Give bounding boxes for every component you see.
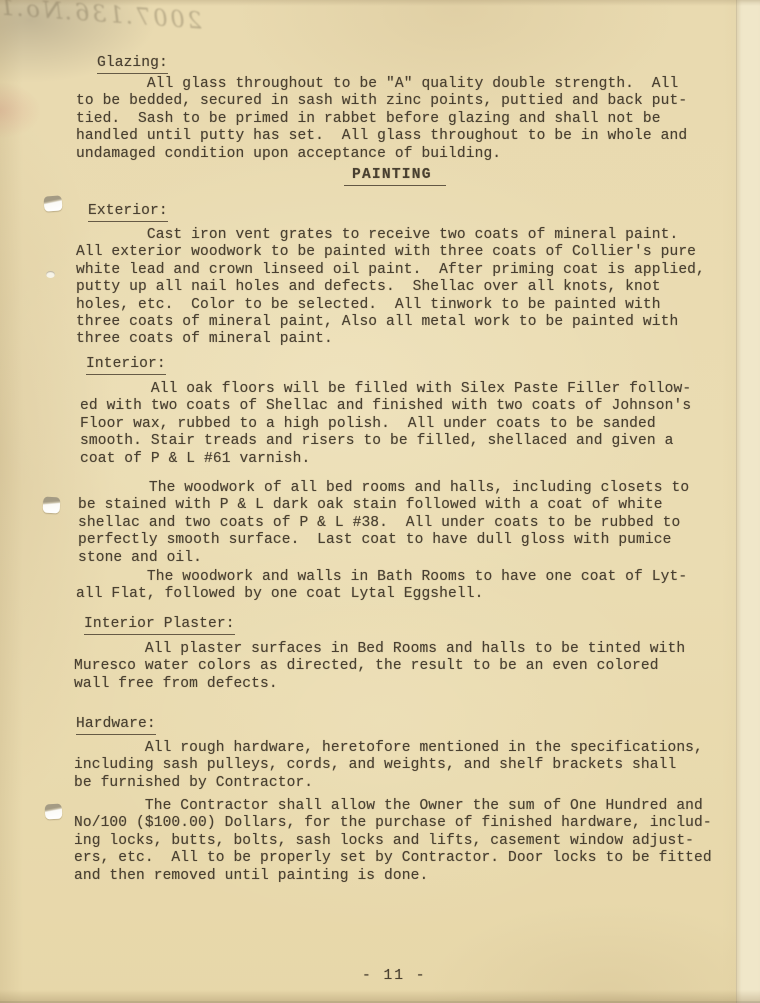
page-number: - 11 - bbox=[362, 968, 427, 985]
exterior-paragraph: Cast iron vent grates to receive two coa… bbox=[76, 227, 705, 349]
page-edge-right bbox=[736, 0, 760, 1003]
section-heading-exterior: Exterior: bbox=[88, 203, 168, 222]
document-page: 2007.136.No.1 Glazing: All glass through… bbox=[0, 0, 760, 1003]
section-heading-interior-plaster: Interior Plaster: bbox=[84, 616, 235, 635]
punch-hole-top bbox=[43, 195, 62, 211]
section-heading-hardware: Hardware: bbox=[76, 716, 156, 735]
interior-paragraph-bathrooms: The woodwork and walls in Bath Rooms to … bbox=[76, 569, 687, 604]
glazing-paragraph: All glass throughout to be "A" quality d… bbox=[76, 76, 687, 163]
section-heading-interior: Interior: bbox=[86, 356, 166, 375]
interior-paragraph-woodwork: The woodwork of all bed rooms and halls,… bbox=[78, 480, 689, 567]
hardware-paragraph-rough: All rough hardware, heretofore mentioned… bbox=[74, 740, 703, 792]
painting-title: PAINTING bbox=[344, 167, 446, 186]
punch-hole-small bbox=[46, 271, 55, 278]
interior-plaster-paragraph: All plaster surfaces in Bed Rooms and ha… bbox=[74, 641, 685, 693]
hardware-paragraph-allowance: The Contractor shall allow the Owner the… bbox=[74, 798, 712, 885]
page-edge-bottom bbox=[0, 990, 760, 1003]
interior-paragraph-floors: All oak floors will be filled with Silex… bbox=[80, 381, 691, 468]
page-edge-top bbox=[0, 0, 760, 6]
section-heading-glazing: Glazing: bbox=[97, 55, 168, 74]
punch-hole-bottom bbox=[45, 804, 63, 820]
punch-hole-middle bbox=[43, 497, 61, 514]
